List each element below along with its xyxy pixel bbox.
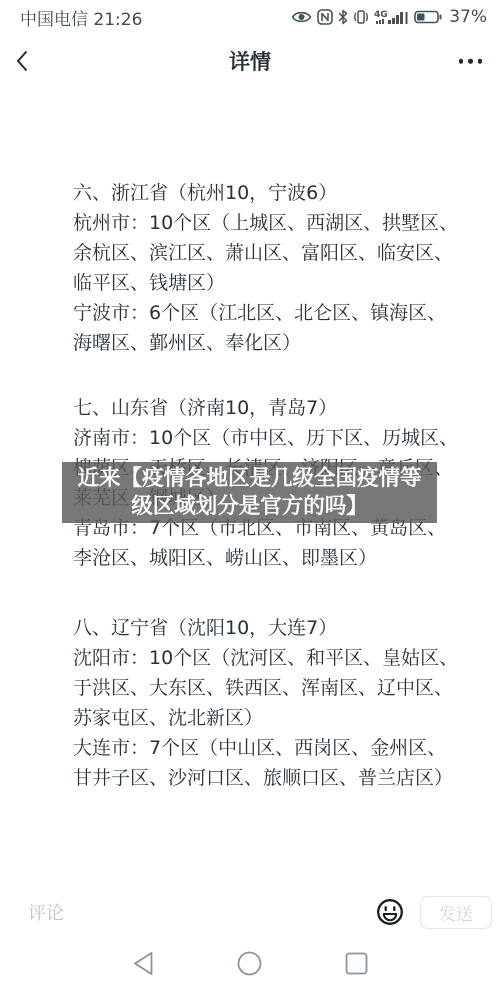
text-line: 海曙区、鄞州区、奉化区） <box>73 328 458 358</box>
nfc-icon <box>317 9 333 25</box>
system-recents-button[interactable] <box>345 952 368 975</box>
signal-4g-label: 4G <box>374 10 388 20</box>
back-triangle-icon <box>131 950 154 977</box>
text-line: 宁波市：6个区（江北区、北仑区、镇海区、 <box>73 298 458 328</box>
eye-icon <box>291 10 312 24</box>
page-title: 详情 <box>0 46 500 76</box>
home-circle-icon <box>237 951 262 976</box>
text-line: 大连市：7个区（中山区、西岗区、金州区、 <box>73 733 458 763</box>
text-line: 余杭区、滨江区、萧山区、富阳区、临安区、 <box>73 238 458 268</box>
back-button[interactable] <box>16 50 28 72</box>
recents-square-icon <box>345 952 368 975</box>
text-line: 杭州市：10个区（上城区、西湖区、拱墅区、 <box>73 208 458 238</box>
vibrate-icon <box>353 9 369 25</box>
system-home-button[interactable] <box>237 951 262 976</box>
nav-bar: 详情 <box>0 32 500 90</box>
system-nav-bar <box>0 940 500 986</box>
text-line: 六、浙江省（杭州10，宁波6） <box>73 178 458 208</box>
battery-percent: 37% <box>449 7 487 27</box>
floating-caption-overlay: 近来【疫情各地区是几级全国疫情等 级区域划分是官方的吗】 <box>62 462 437 523</box>
system-back-button[interactable] <box>131 950 154 977</box>
section-liaoning: 八、辽宁省（沈阳10，大连7） 沈阳市：10个区（沈河区、和平区、皇姑区、 于洪… <box>73 613 458 793</box>
status-icons: 4G 37% <box>291 7 487 27</box>
status-bar: 中国电信 21:26 4G <box>0 0 500 32</box>
bluetooth-icon <box>338 9 348 25</box>
more-options-button[interactable] <box>459 59 483 64</box>
more-options-icon <box>459 59 464 64</box>
signal-4g-icon: 4G <box>374 9 409 25</box>
text-line: 七、山东省（济南10，青岛7） <box>73 393 458 423</box>
text-line: 苏家屯区、沈北新区） <box>73 703 458 733</box>
text-line: 李沧区、城阳区、崂山区、即墨区） <box>73 543 458 573</box>
section-zhejiang: 六、浙江省（杭州10，宁波6） 杭州市：10个区（上城区、西湖区、拱墅区、 余杭… <box>73 178 458 358</box>
back-chevron-icon <box>16 50 28 72</box>
emoji-icon <box>376 898 404 926</box>
send-button[interactable]: 发送 <box>420 896 492 929</box>
text-line: 沈阳市：10个区（沈河区、和平区、皇姑区、 <box>73 643 458 673</box>
text-line: 于洪区、大东区、铁西区、浑南区、辽中区、 <box>73 673 458 703</box>
emoji-button[interactable] <box>376 898 404 926</box>
carrier-and-time: 中国电信 21:26 <box>20 5 142 30</box>
phone-screen: 中国电信 21:26 4G <box>0 0 500 986</box>
battery-icon <box>414 10 442 24</box>
comment-input[interactable]: 评论 <box>28 899 64 925</box>
text-line: 济南市：10个区（市中区、历下区、历城区、 <box>73 423 458 453</box>
comment-bar: 评论 发送 <box>0 886 500 938</box>
text-line: 八、辽宁省（沈阳10，大连7） <box>73 613 458 643</box>
overlay-line: 近来【疫情各地区是几级全国疫情等 <box>77 465 421 493</box>
text-line: 甘井子区、沙河口区、旅顺口区、普兰店区） <box>73 763 458 793</box>
text-line: 临平区、钱塘区） <box>73 268 458 298</box>
overlay-line: 级区域划分是官方的吗】 <box>131 493 368 521</box>
